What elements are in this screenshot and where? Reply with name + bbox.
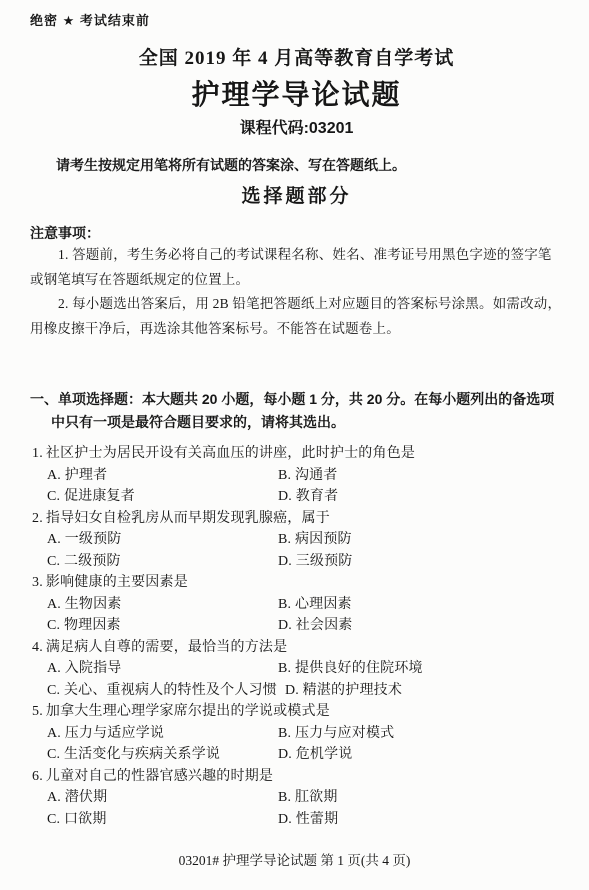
question-stem: 4.满足病人自尊的需要，最恰当的方法是 bbox=[32, 637, 563, 659]
option-d: D. 教育者 bbox=[278, 486, 563, 508]
note-item-2: 2. 每小题选出答案后，用 2B 铅笔把答题纸上对应题目的答案标号涂黑。如需改动… bbox=[30, 292, 563, 341]
question-5: 5.加拿大生理心理学家席尔提出的学说或模式是 A. 压力与适应学说 B. 压力与… bbox=[30, 701, 563, 766]
option-d: D. 三级预防 bbox=[278, 551, 563, 573]
option-a: A. 护理者 bbox=[47, 465, 278, 487]
option-d: D. 性蕾期 bbox=[278, 809, 563, 831]
option-b: B. 沟通者 bbox=[278, 465, 563, 487]
option-a: A. 入院指导 bbox=[47, 658, 278, 680]
question-stem: 6.儿童对自己的性器官感兴趣的时期是 bbox=[32, 766, 563, 788]
question-number: 4. bbox=[32, 640, 43, 655]
question-6: 6.儿童对自己的性器官感兴趣的时期是 A. 潜伏期 B. 肛欲期 C. 口欲期 … bbox=[30, 766, 563, 831]
notes-title: 注意事项： bbox=[30, 223, 563, 243]
answer-sheet-instruction: 请考生按规定用笔将所有试题的答案涂、写在答题纸上。 bbox=[30, 155, 563, 175]
option-d: D. 精湛的护理技术 bbox=[285, 680, 563, 702]
question-text: 加拿大生理心理学家席尔提出的学说或模式是 bbox=[46, 704, 330, 719]
question-number: 1. bbox=[32, 446, 43, 461]
option-a: A. 压力与适应学说 bbox=[47, 723, 278, 745]
course-code: 课程代码:03201 bbox=[30, 118, 563, 140]
page-footer: 03201# 护理学导论试题 第 1 页(共 4 页) bbox=[0, 851, 589, 870]
question-stem: 5.加拿大生理心理学家席尔提出的学说或模式是 bbox=[32, 701, 563, 723]
exam-paper-page: 绝密 ★ 考试结束前 全国 2019 年 4 月高等教育自学考试 护理学导论试题… bbox=[0, 0, 589, 830]
option-d: D. 危机学说 bbox=[278, 744, 563, 766]
options-row: A. 压力与适应学说 B. 压力与应对模式 bbox=[47, 723, 563, 745]
option-c: C. 口欲期 bbox=[47, 809, 278, 831]
option-c: C. 促进康复者 bbox=[47, 486, 278, 508]
question-number: 5. bbox=[32, 704, 43, 719]
options-row: C. 关心、重视病人的特性及个人习惯 D. 精湛的护理技术 bbox=[47, 680, 563, 702]
options-row: A. 入院指导 B. 提供良好的住院环境 bbox=[47, 658, 563, 680]
exam-title: 全国 2019 年 4 月高等教育自学考试 bbox=[30, 46, 563, 71]
option-c: C. 生活变化与疾病关系学说 bbox=[47, 744, 278, 766]
question-4: 4.满足病人自尊的需要，最恰当的方法是 A. 入院指导 B. 提供良好的住院环境… bbox=[30, 637, 563, 702]
options-row: C. 二级预防 D. 三级预防 bbox=[47, 551, 563, 573]
note-item-1: 1. 答题前，考生务必将自己的考试课程名称、姓名、准考证号用黑色字迹的签字笔或钢… bbox=[30, 243, 563, 292]
question-text: 满足病人自尊的需要，最恰当的方法是 bbox=[46, 640, 287, 655]
question-2: 2.指导妇女自检乳房从而早期发现乳腺癌，属于 A. 一级预防 B. 病因预防 C… bbox=[30, 508, 563, 573]
options-row: C. 口欲期 D. 性蕾期 bbox=[47, 809, 563, 831]
options-row: C. 物理因素 D. 社会因素 bbox=[47, 615, 563, 637]
part-heading: 选择题部分 bbox=[30, 184, 563, 210]
option-d: D. 社会因素 bbox=[278, 615, 563, 637]
options-row: A. 护理者 B. 沟通者 bbox=[47, 465, 563, 487]
option-c: C. 二级预防 bbox=[47, 551, 278, 573]
question-3: 3.影响健康的主要因素是 A. 生物因素 B. 心理因素 C. 物理因素 D. … bbox=[30, 572, 563, 637]
option-c: C. 关心、重视病人的特性及个人习惯 bbox=[47, 680, 285, 702]
options-row: A. 生物因素 B. 心理因素 bbox=[47, 594, 563, 616]
option-a: A. 生物因素 bbox=[47, 594, 278, 616]
question-text: 社区护士为居民开设有关高血压的讲座，此时护士的角色是 bbox=[46, 446, 415, 461]
paper-title: 护理学导论试题 bbox=[30, 76, 563, 113]
question-text: 儿童对自己的性器官感兴趣的时期是 bbox=[46, 769, 273, 784]
section-one-heading: 一、单项选择题：本大题共 20 小题，每小题 1 分，共 20 分。在每小题列出… bbox=[30, 388, 563, 434]
question-text: 指导妇女自检乳房从而早期发现乳腺癌，属于 bbox=[46, 511, 330, 526]
question-number: 3. bbox=[32, 575, 43, 590]
question-number: 2. bbox=[32, 511, 43, 526]
option-a: A. 一级预防 bbox=[47, 529, 278, 551]
option-b: B. 心理因素 bbox=[278, 594, 563, 616]
question-stem: 1.社区护士为居民开设有关高血压的讲座，此时护士的角色是 bbox=[32, 443, 563, 465]
options-row: C. 生活变化与疾病关系学说 D. 危机学说 bbox=[47, 744, 563, 766]
question-text: 影响健康的主要因素是 bbox=[46, 575, 188, 590]
option-b: B. 压力与应对模式 bbox=[278, 723, 563, 745]
question-stem: 3.影响健康的主要因素是 bbox=[32, 572, 563, 594]
question-list: 1.社区护士为居民开设有关高血压的讲座，此时护士的角色是 A. 护理者 B. 沟… bbox=[30, 443, 563, 830]
question-number: 6. bbox=[32, 769, 43, 784]
option-b: B. 提供良好的住院环境 bbox=[278, 658, 563, 680]
options-row: C. 促进康复者 D. 教育者 bbox=[47, 486, 563, 508]
option-c: C. 物理因素 bbox=[47, 615, 278, 637]
options-row: A. 潜伏期 B. 肛欲期 bbox=[47, 787, 563, 809]
option-a: A. 潜伏期 bbox=[47, 787, 278, 809]
question-1: 1.社区护士为居民开设有关高血压的讲座，此时护士的角色是 A. 护理者 B. 沟… bbox=[30, 443, 563, 508]
question-stem: 2.指导妇女自检乳房从而早期发现乳腺癌，属于 bbox=[32, 508, 563, 530]
option-b: B. 肛欲期 bbox=[278, 787, 563, 809]
secrecy-marking: 绝密 ★ 考试结束前 bbox=[30, 10, 563, 29]
option-b: B. 病因预防 bbox=[278, 529, 563, 551]
options-row: A. 一级预防 B. 病因预防 bbox=[47, 529, 563, 551]
